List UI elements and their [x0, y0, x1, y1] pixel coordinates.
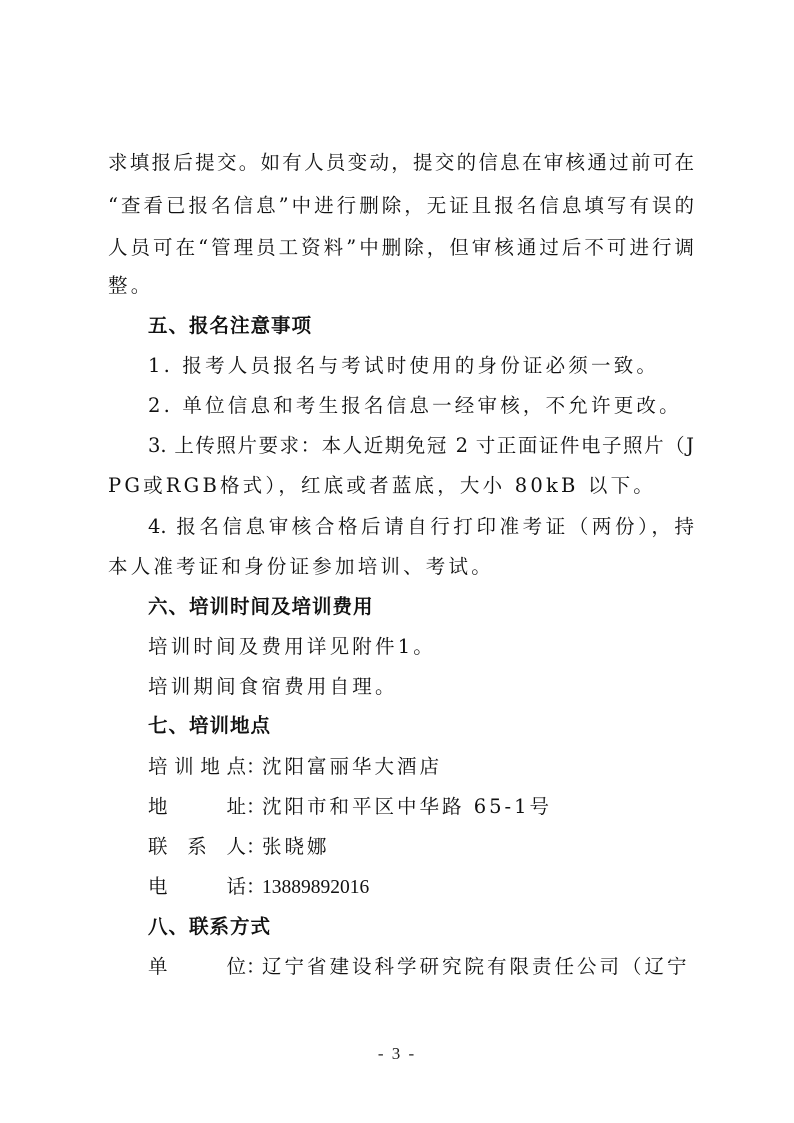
paragraph-line: 整。 [108, 274, 694, 298]
page-number: - 3 - [0, 1044, 794, 1064]
list-item: 2. 单位信息和考生报名信息一经审核，不允许更改。 [148, 394, 694, 418]
section-heading-contact-info: 八、联系方式 [148, 915, 694, 939]
list-item-continuation: 本人准考证和身份证参加培训、考试。 [108, 555, 694, 579]
field-label: 培训地点 [148, 755, 246, 779]
field-colon: ： [246, 755, 262, 779]
field-value: 辽宁省建设科学研究院有限责任公司（辽宁 [262, 955, 690, 978]
info-row-organization: 单位：辽宁省建设科学研究院有限责任公司（辽宁 [148, 955, 690, 979]
paragraph-line: “查看已报名信息”中进行删除，无证且报名信息填写有误的 [108, 194, 694, 218]
info-row-contact-person: 联系人：张晓娜 [148, 835, 330, 859]
paragraph-line: 培训期间食宿费用自理。 [148, 675, 694, 699]
paragraph-line: 人员可在“管理员工资料”中删除，但审核通过后不可进行调 [108, 236, 694, 260]
info-row-training-location: 培训地点：沈阳富丽华大酒店 [148, 755, 442, 779]
section-heading-training-location: 七、培训地点 [148, 714, 694, 738]
section-heading-training-time-fees: 六、培训时间及培训费用 [148, 595, 694, 619]
section-heading-registration-notes: 五、报名注意事项 [148, 314, 694, 338]
field-value: 沈阳市和平区中华路 65-1号 [262, 795, 552, 818]
field-label: 电话 [148, 875, 246, 899]
field-colon: ： [246, 835, 262, 859]
field-value: 沈阳富丽华大酒店 [262, 755, 442, 778]
info-row-phone: 电话：13889892016 [148, 875, 369, 900]
list-item: 1. 报考人员报名与考试时使用的身份证必须一致。 [148, 354, 694, 378]
field-label: 单位 [148, 955, 246, 979]
list-item-continuation: PG或RGB格式），红底或者蓝底，大小 80kB 以下。 [108, 474, 694, 498]
list-item: 3. 上传照片要求：本人近期免冠 2 寸正面证件电子照片（J [148, 434, 694, 458]
paragraph-line: 求填报后提交。如有人员变动，提交的信息在审核通过前可在 [108, 151, 694, 175]
field-colon: ： [246, 955, 262, 979]
list-item: 4. 报名信息审核合格后请自行打印准考证（两份），持 [148, 515, 694, 539]
document-page: 求填报后提交。如有人员变动，提交的信息在审核通过前可在 “查看已报名信息”中进行… [0, 0, 794, 1123]
field-label: 地址 [148, 795, 246, 819]
field-colon: ： [246, 795, 262, 819]
paragraph-line: 培训时间及费用详见附件1。 [148, 635, 694, 659]
phone-number: 13889892016 [262, 877, 369, 898]
field-value: 张晓娜 [262, 835, 330, 858]
info-row-address: 地址：沈阳市和平区中华路 65-1号 [148, 795, 552, 819]
field-colon: ： [246, 875, 262, 899]
field-label: 联系人 [148, 835, 246, 859]
